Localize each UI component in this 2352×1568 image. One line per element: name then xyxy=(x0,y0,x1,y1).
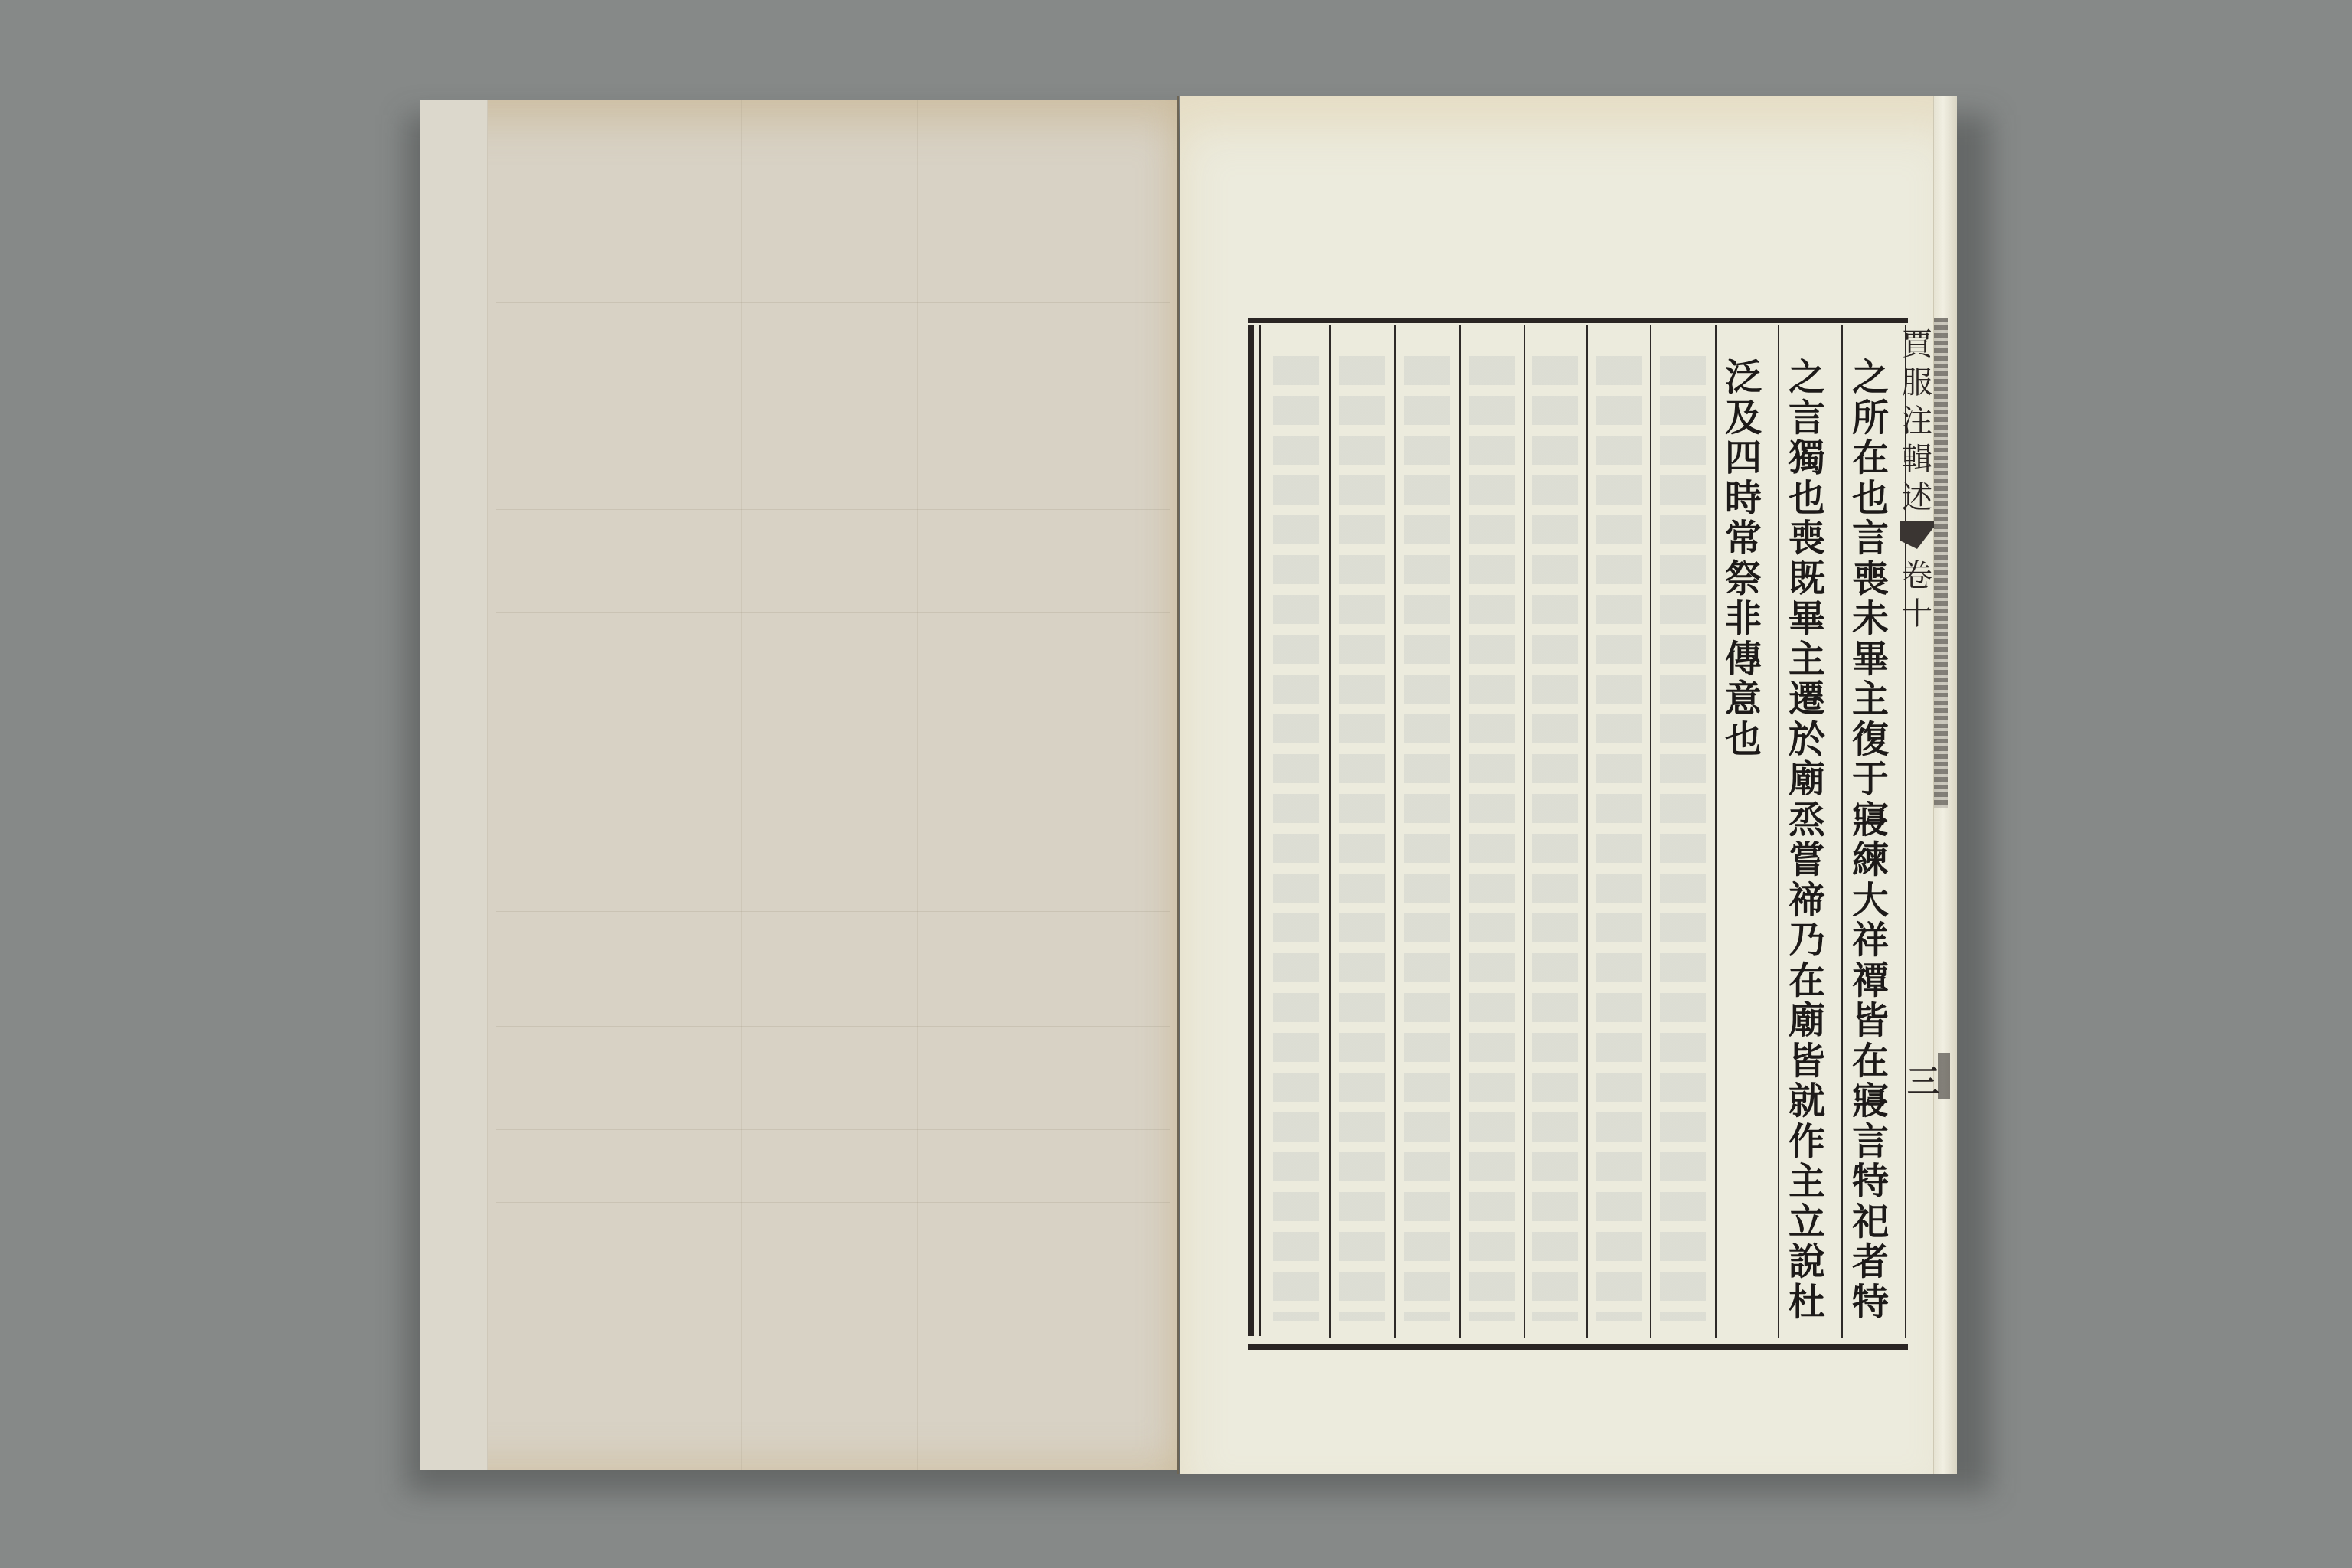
glyph: 未 xyxy=(1852,599,1889,639)
column-rule xyxy=(1524,325,1525,1338)
book-gutter xyxy=(1177,96,1179,1474)
column-rule xyxy=(1778,325,1779,1338)
column-rule xyxy=(1650,325,1651,1338)
glyph: 在 xyxy=(1852,1041,1889,1082)
bleed-through-rule xyxy=(496,1026,1170,1027)
bleed-through-text xyxy=(1404,356,1450,1321)
glyph: 特 xyxy=(1852,1282,1889,1323)
glyph: 喪 xyxy=(1852,559,1889,599)
glyph: 寢 xyxy=(1852,1081,1889,1122)
bleed-through-rule xyxy=(573,100,573,1470)
glyph: 禫 xyxy=(1852,961,1889,1001)
right-page-printed: 之所在也言喪未畢主復于寢練大祥禫皆在寢言特祀者特 之言獨也喪既畢主遷於廟烝嘗禘乃… xyxy=(1180,96,1957,1474)
bleed-through-text xyxy=(1339,356,1385,1321)
column-rule xyxy=(1394,325,1396,1338)
glyph: 喪 xyxy=(1788,518,1825,559)
glyph: 常 xyxy=(1725,518,1762,559)
glyph: 之 xyxy=(1788,358,1825,398)
glyph: 禘 xyxy=(1788,880,1825,921)
glyph: 就 xyxy=(1788,1081,1825,1122)
glyph: 在 xyxy=(1788,961,1825,1001)
column-rule xyxy=(1586,325,1588,1338)
glyph: 杜 xyxy=(1788,1282,1825,1323)
text-column-1: 之所在也言喪未畢主復于寢練大祥禫皆在寢言特祀者特 xyxy=(1846,358,1895,1322)
glyph: 乃 xyxy=(1788,920,1825,961)
glyph: 主 xyxy=(1852,679,1889,720)
glyph: 所 xyxy=(1852,398,1889,439)
glyph: 主 xyxy=(1788,639,1825,680)
bleed-through-rule xyxy=(496,911,1170,912)
glyph: 賈 xyxy=(1902,325,1932,364)
bleed-through-text xyxy=(1273,356,1319,1321)
bleed-through-text xyxy=(1469,356,1515,1321)
fold-ink-smudge xyxy=(1934,318,1948,808)
glyph: 在 xyxy=(1852,438,1889,479)
glyph: 十 xyxy=(1902,595,1932,633)
glyph: 述 xyxy=(1902,479,1932,517)
glyph: 於 xyxy=(1788,720,1825,760)
glyph: 也 xyxy=(1852,479,1889,519)
bleed-through-rule xyxy=(496,1129,1170,1130)
glyph: 畢 xyxy=(1852,639,1889,680)
glyph: 寢 xyxy=(1852,800,1889,841)
bleed-through-rule xyxy=(741,100,742,1470)
glyph: 服 xyxy=(1902,364,1932,402)
glyph: 傳 xyxy=(1725,639,1762,680)
book-title: 賈服注輯述 xyxy=(1902,325,1932,517)
column-rule xyxy=(1715,325,1717,1338)
glyph: 言 xyxy=(1852,518,1889,559)
glyph: 練 xyxy=(1852,840,1889,880)
glyph: 于 xyxy=(1852,759,1889,800)
page-number: 三 xyxy=(1907,1057,1939,1102)
bleed-through-rule xyxy=(496,812,1170,812)
glyph: 祭 xyxy=(1725,559,1762,599)
glyph: 獨 xyxy=(1788,438,1825,479)
frame-left-inner-rule xyxy=(1259,325,1261,1336)
frame-left-border xyxy=(1248,325,1254,1336)
bleed-through-rule xyxy=(496,302,1170,303)
glyph: 說 xyxy=(1788,1242,1825,1282)
glyph: 烝 xyxy=(1788,800,1825,841)
glyph: 也 xyxy=(1788,479,1825,519)
glyph: 遷 xyxy=(1788,679,1825,720)
text-column-3: 泛及四時常祭非傳意也 xyxy=(1719,358,1768,759)
column-rule xyxy=(1329,325,1331,1338)
bleed-through-rule xyxy=(496,612,1170,613)
column-rule xyxy=(1841,325,1843,1338)
glyph: 祀 xyxy=(1852,1202,1889,1243)
glyph: 泛 xyxy=(1725,358,1762,398)
bleed-through-text xyxy=(1660,356,1706,1321)
glyph: 廟 xyxy=(1788,759,1825,800)
glyph: 主 xyxy=(1788,1161,1825,1202)
glyph: 嘗 xyxy=(1788,840,1825,880)
glyph: 輯 xyxy=(1902,440,1932,479)
glyph: 大 xyxy=(1852,880,1889,921)
glyph: 非 xyxy=(1725,599,1762,639)
glyph: 者 xyxy=(1852,1242,1889,1282)
bleed-through-text xyxy=(1596,356,1641,1321)
left-page-edge-strip xyxy=(420,100,488,1470)
glyph: 皆 xyxy=(1852,1001,1889,1041)
glyph: 卷 xyxy=(1902,557,1932,595)
bleed-through-rule xyxy=(496,509,1170,510)
glyph: 言 xyxy=(1852,1122,1889,1162)
glyph: 特 xyxy=(1852,1161,1889,1202)
glyph: 意 xyxy=(1725,679,1762,720)
bleed-through-rule xyxy=(1086,100,1086,1470)
fishtail-ornament-icon xyxy=(1900,521,1934,549)
glyph: 立 xyxy=(1788,1202,1825,1243)
fold-column-header: 賈服注輯述 卷十 xyxy=(1900,325,1935,633)
glyph: 作 xyxy=(1788,1122,1825,1162)
glyph: 及 xyxy=(1725,398,1762,439)
fold-ink-smudge xyxy=(1938,1053,1950,1099)
glyph: 四 xyxy=(1725,438,1762,479)
bleed-through-rule xyxy=(917,100,918,1470)
glyph: 廟 xyxy=(1788,1001,1825,1041)
glyph: 既 xyxy=(1788,559,1825,599)
volume-label: 卷十 xyxy=(1902,557,1932,633)
column-rule xyxy=(1459,325,1461,1338)
glyph: 注 xyxy=(1902,402,1932,440)
glyph: 畢 xyxy=(1788,599,1825,639)
glyph: 言 xyxy=(1788,398,1825,439)
glyph: 之 xyxy=(1852,358,1889,398)
glyph: 祥 xyxy=(1852,920,1889,961)
glyph: 復 xyxy=(1852,720,1889,760)
text-column-2: 之言獨也喪既畢主遷於廟烝嘗禘乃在廟皆就作主立說杜 xyxy=(1782,358,1831,1322)
glyph: 也 xyxy=(1725,720,1762,760)
glyph: 時 xyxy=(1725,479,1762,519)
bleed-through-text xyxy=(1532,356,1578,1321)
left-page-blank xyxy=(420,100,1178,1470)
bleed-through-rule xyxy=(496,1202,1170,1203)
glyph: 皆 xyxy=(1788,1041,1825,1082)
